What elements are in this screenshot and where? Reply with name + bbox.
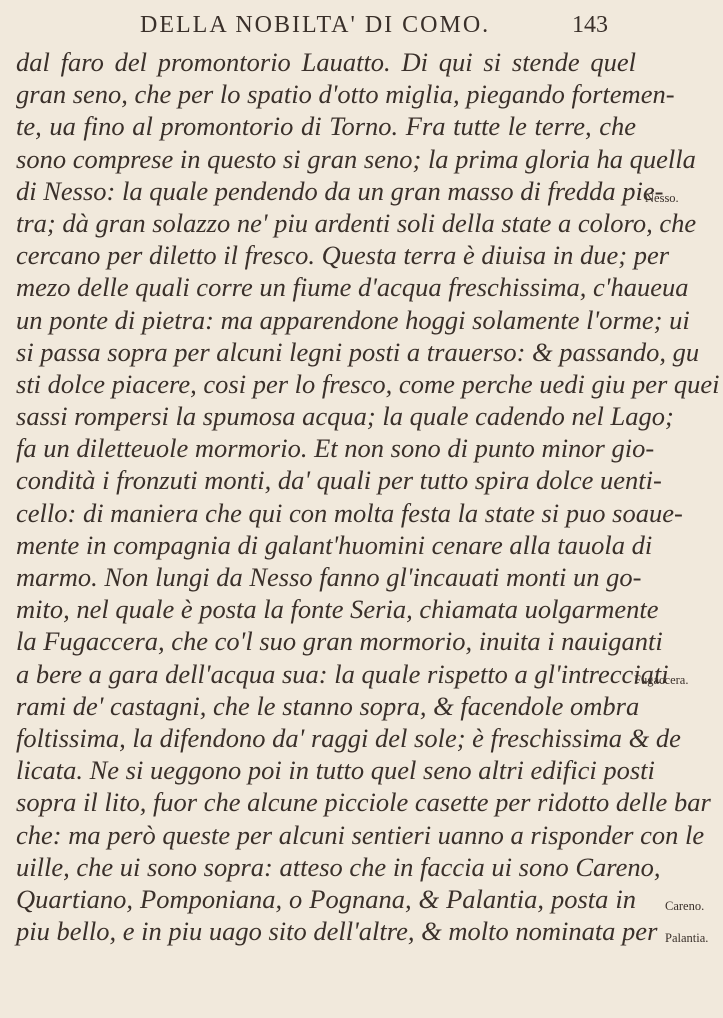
text-line: Quartiano, Pomponiana, o Pognana, & Pala…	[16, 883, 636, 915]
text-line: di Nesso: la quale pendendo da un gran m…	[16, 175, 636, 207]
marginal-note-palantia: Palantia.	[665, 931, 708, 946]
text-line: tra; dà gran solazzo ne' piu ardenti sol…	[16, 207, 636, 239]
text-line: che: ma però queste per alcuni sentieri …	[16, 819, 636, 851]
text-line: cello: di maniera che qui con molta fest…	[16, 497, 636, 529]
text-line: foltissima, la difendono da' raggi del s…	[16, 722, 636, 754]
marginal-note-nesso: Nesso.	[645, 191, 679, 206]
text-line: dal faro del promontorio Lauatto. Di qui…	[16, 46, 636, 78]
text-line: sono comprese in questo si gran seno; la…	[16, 143, 636, 175]
text-line: sopra il lito, fuor che alcune picciole …	[16, 786, 636, 818]
page-number: 143	[572, 12, 608, 39]
text-line: condità i fronzuti monti, da' quali per …	[16, 464, 636, 496]
text-line: rami de' castagni, che le stanno sopra, …	[16, 690, 636, 722]
text-line: marmo. Non lungi da Nesso fanno gl'incau…	[16, 561, 636, 593]
book-page: DELLA NOBILTA' DI COMO. 143 dal faro del…	[0, 0, 723, 1018]
text-line: cercano per diletto il fresco. Questa te…	[16, 239, 636, 271]
text-line: sti dolce piacere, cosi per lo fresco, c…	[16, 368, 636, 400]
marginal-note-fugaccera: Fugaccera.	[634, 673, 688, 688]
text-line: te, ua fino al promontorio di Torno. Fra…	[16, 110, 636, 142]
text-line: licata. Ne si ueggono poi in tutto quel …	[16, 754, 636, 786]
body-text: dal faro del promontorio Lauatto. Di qui…	[16, 46, 636, 947]
text-line: fa un diletteuole mormorio. Et non sono …	[16, 432, 636, 464]
text-line: a bere a gara dell'acqua sua: la quale r…	[16, 658, 636, 690]
text-line: mito, nel quale è posta la fonte Seria, …	[16, 593, 636, 625]
text-line: si passa sopra per alcuni legni posti a …	[16, 336, 636, 368]
marginal-note-careno: Careno.	[665, 899, 704, 914]
text-line: mente in compagnia di galant'huomini cen…	[16, 529, 636, 561]
text-line: gran seno, che per lo spatio d'otto migl…	[16, 78, 636, 110]
text-line: uille, che ui sono sopra: atteso che in …	[16, 851, 636, 883]
text-line: piu bello, e in piu uago sito dell'altre…	[16, 915, 636, 947]
page-header: DELLA NOBILTA' DI COMO. 143	[0, 6, 723, 42]
text-line: sassi rompersi la spumosa acqua; la qual…	[16, 400, 636, 432]
running-title: DELLA NOBILTA' DI COMO.	[140, 12, 490, 39]
text-line: la Fugaccera, che co'l suo gran mormorio…	[16, 625, 636, 657]
text-line: un ponte di pietra: ma apparendone hoggi…	[16, 304, 636, 336]
text-line: mezo delle quali corre un fiume d'acqua …	[16, 271, 636, 303]
